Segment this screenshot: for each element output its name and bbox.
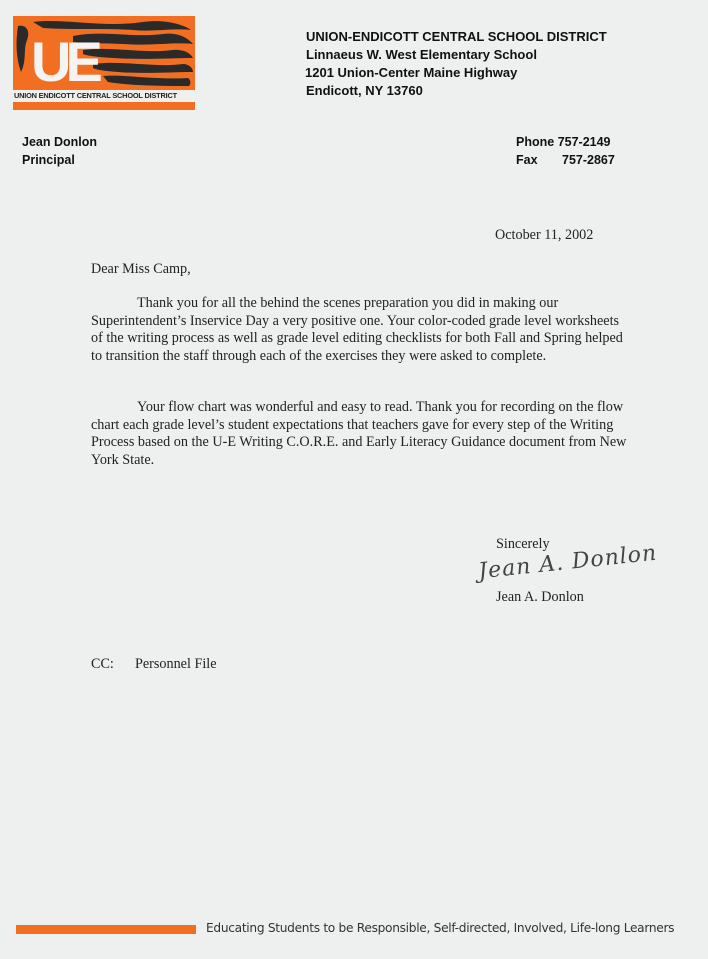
cc-value: Personnel File: [135, 656, 217, 672]
fax-number: 757-2867: [562, 153, 615, 167]
phone-row: Phone 757-2149: [516, 133, 611, 151]
sender-title: Principal: [22, 151, 75, 169]
salutation: Dear Miss Camp,: [91, 261, 191, 279]
sender-name: Jean Donlon: [22, 133, 97, 151]
phone-label: Phone: [516, 135, 554, 149]
school-name: Linnaeus W. West Elementary School: [306, 46, 537, 64]
phone-number: 757-2149: [558, 135, 611, 149]
paragraph-2: Your flow chart was wonderful and easy t…: [91, 399, 631, 469]
footer-motto: Educating Students to be Responsible, Se…: [206, 921, 674, 935]
signer-name: Jean A. Donlon: [496, 589, 584, 607]
address-line-2: Endicott, NY 13760: [306, 82, 423, 100]
district-name: UNION-ENDICOTT CENTRAL SCHOOL DISTRICT: [306, 28, 607, 46]
cc-line: CC: Personnel File: [91, 656, 217, 674]
logo-district-name: UNION ENDICOTT CENTRAL SCHOOL DISTRICT: [14, 90, 194, 102]
logo-initials: UE: [31, 34, 97, 90]
paragraph-1: Thank you for all the behind the scenes …: [91, 295, 631, 365]
fax-label: Fax: [516, 151, 562, 169]
district-logo: UE UNION ENDICOTT CENTRAL SCHOOL DISTRIC…: [13, 16, 195, 110]
cc-label: CC:: [91, 656, 114, 672]
fax-row: Fax757-2867: [516, 151, 615, 169]
address-line-1: 1201 Union-Center Maine Highway: [305, 64, 517, 82]
closing: Sincerely: [496, 536, 550, 554]
letter-date: October 11, 2002: [495, 227, 593, 245]
footer-accent-bar: [16, 925, 196, 934]
